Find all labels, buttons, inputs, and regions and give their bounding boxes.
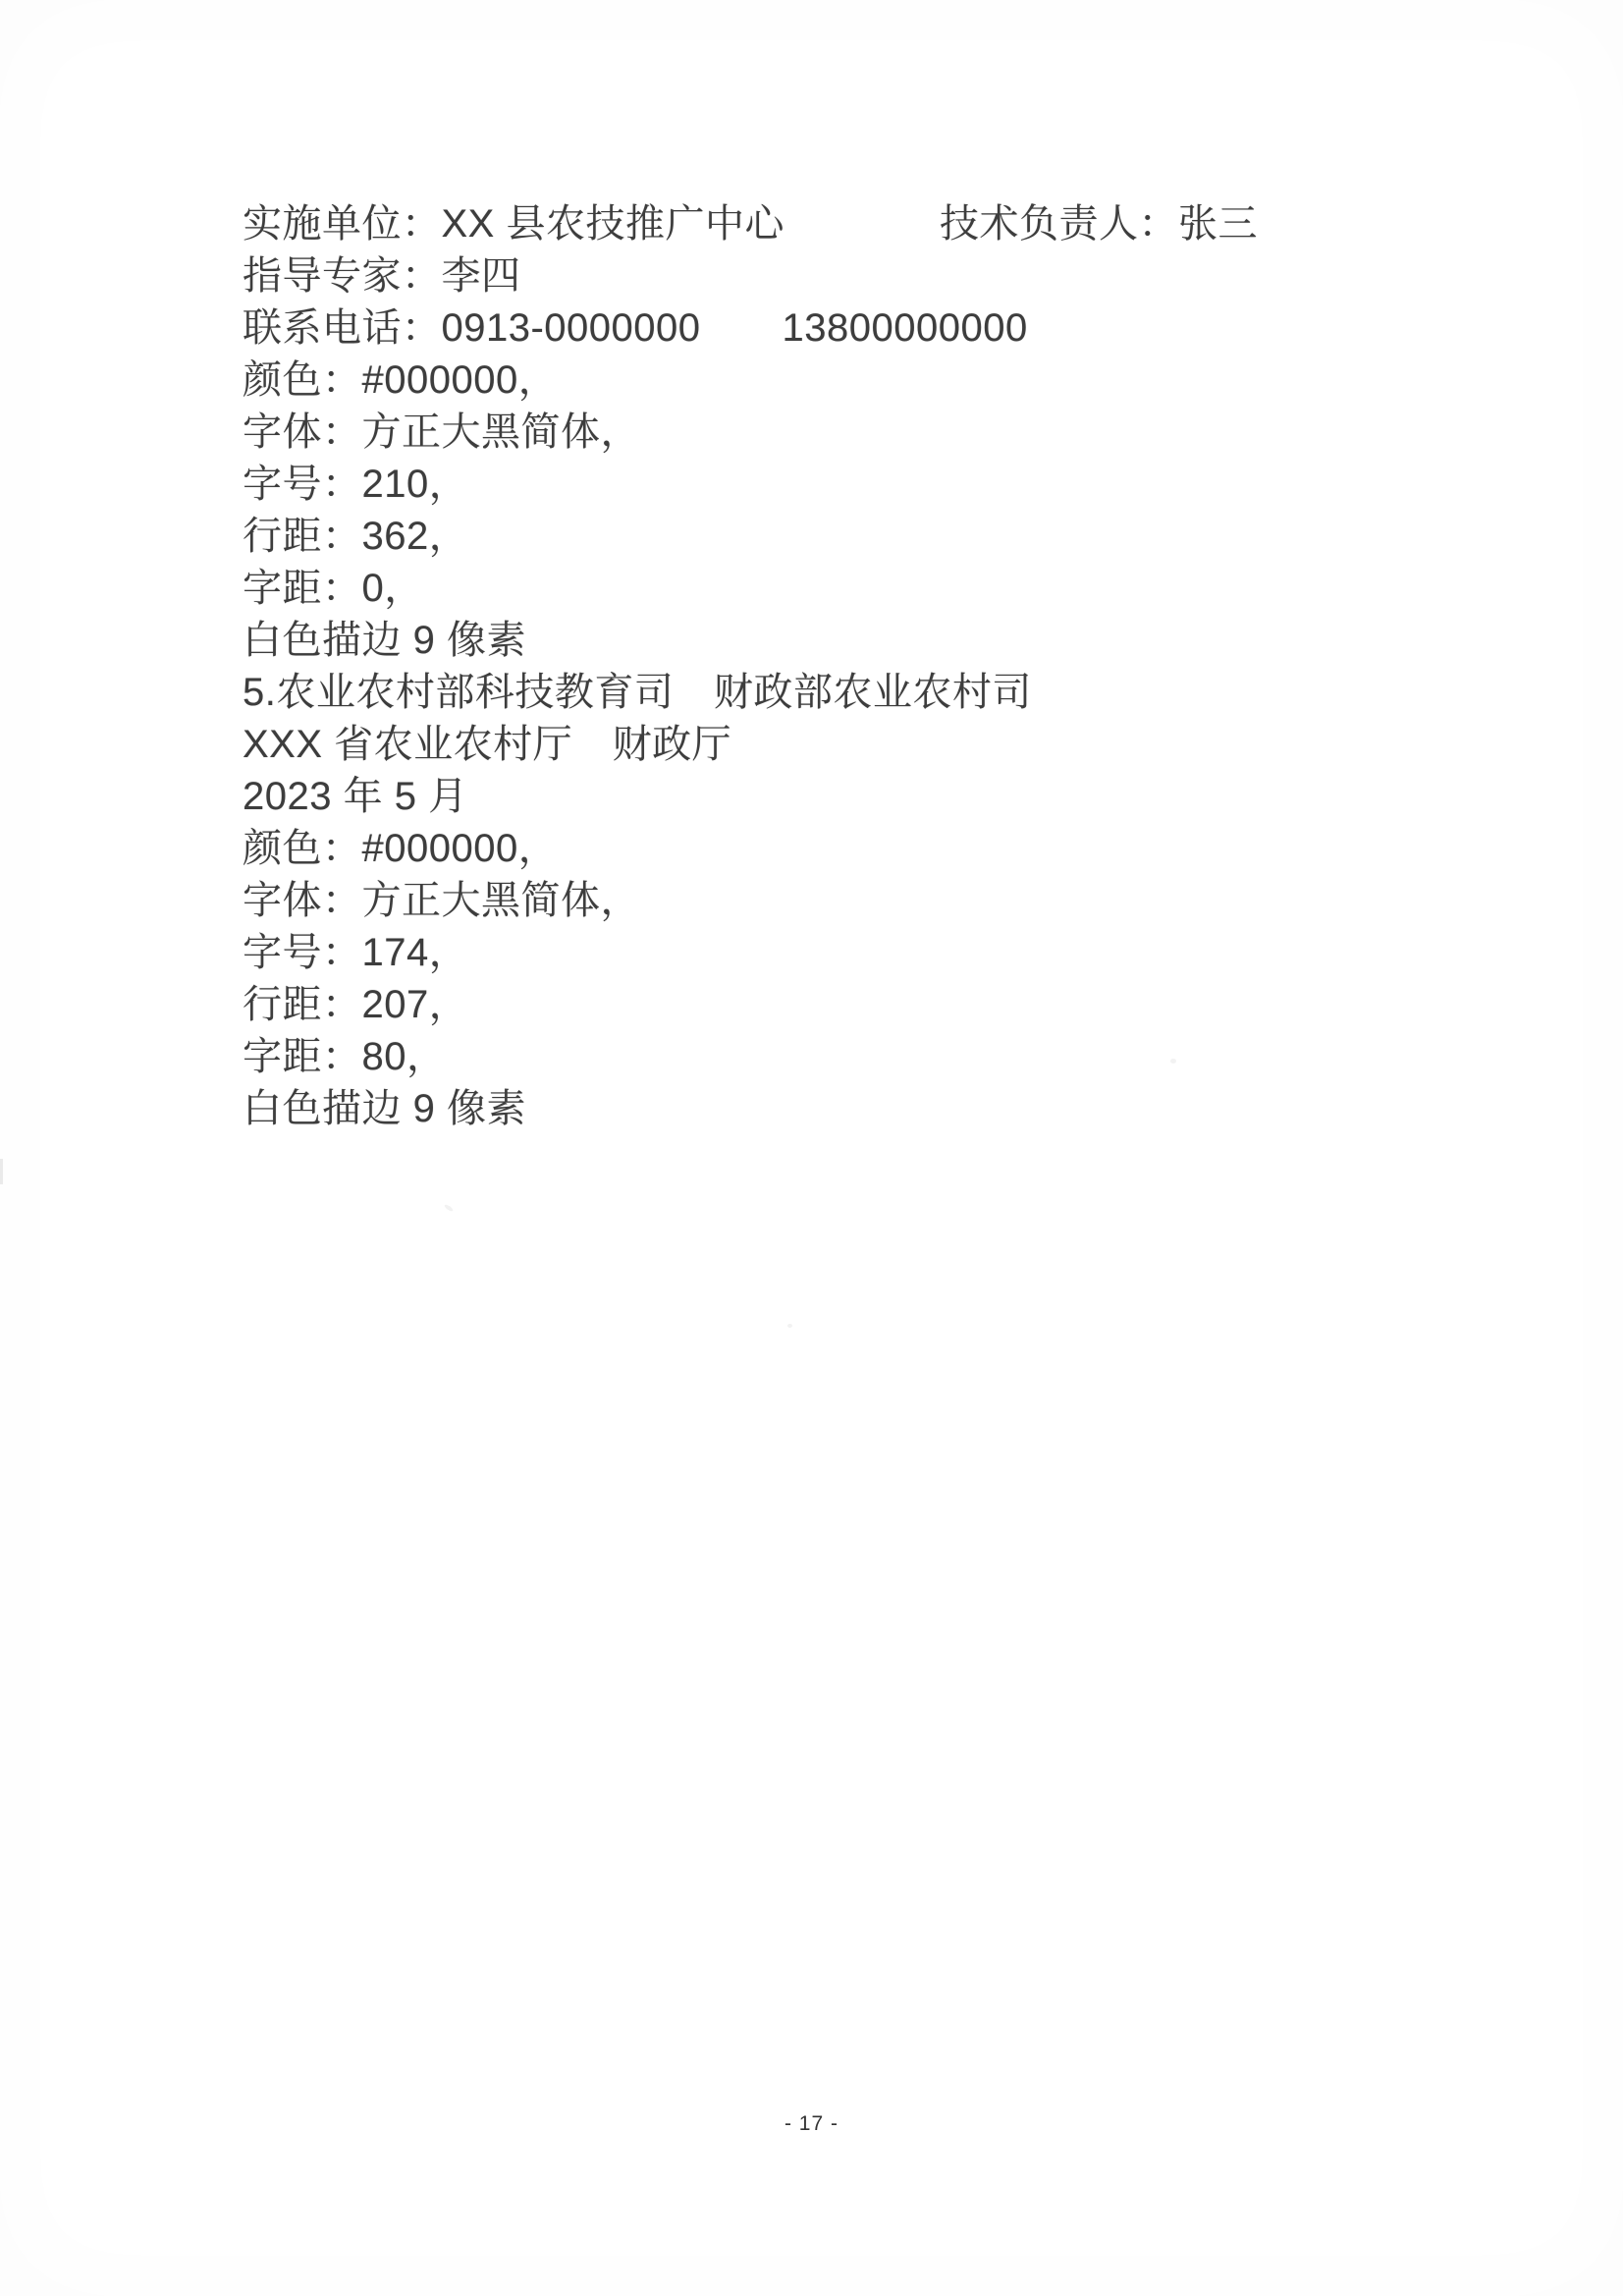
scan-speck (0, 1159, 3, 1184)
line-stroke-spec-1: 白色描边 9 像素 (243, 615, 1480, 667)
font-size-spec-1-text: 字号：210， (243, 459, 468, 511)
line-phone: 联系电话：0913-000000013800000000 (243, 302, 1480, 355)
line-leading-spec-1: 行距：362， (243, 511, 1480, 563)
line-tracking-spec-1: 字距：0， (243, 563, 1480, 615)
line-font-size-spec-2: 字号：174， (243, 927, 1480, 979)
scan-speck (787, 1324, 792, 1328)
date-text: 2023 年 5 月 (243, 771, 468, 823)
phone-mobile-text: 13800000000 (783, 302, 1028, 355)
line-date: 2023 年 5 月 (243, 771, 1480, 823)
scan-speck (1170, 1059, 1176, 1064)
line-color-spec-2: 颜色：#000000， (243, 823, 1480, 875)
document-page: 实施单位：XX 县农技推广中心技术负责人：张三 指导专家：李四 联系电话：091… (0, 0, 1623, 2296)
stroke-spec-1-text: 白色描边 9 像素 (243, 615, 526, 667)
ministry-departments-text: 5.农业农村部科技教育司 财政部农业农村司 (243, 667, 1032, 719)
line-province-departments: XXX 省农业农村厅 财政厅 (243, 719, 1480, 771)
stroke-spec-2-text: 白色描边 9 像素 (243, 1083, 526, 1135)
province-departments-text: XXX 省农业农村厅 财政厅 (243, 719, 731, 771)
tracking-spec-2-text: 字距：80， (243, 1031, 447, 1083)
technical-lead-text: 技术负责人：张三 (940, 198, 1258, 250)
page-number: - 17 - (0, 2111, 1623, 2137)
leading-spec-2-text: 行距：207， (243, 979, 468, 1031)
font-size-spec-2-text: 字号：174， (243, 927, 468, 979)
line-font-spec-2: 字体：方正大黑简体， (243, 875, 1480, 927)
text-block: 实施单位：XX 县农技推广中心技术负责人：张三 指导专家：李四 联系电话：091… (243, 198, 1480, 1135)
line-advisor: 指导专家：李四 (243, 250, 1480, 302)
implementing-unit-text: 实施单位：XX 县农技推广中心 (243, 198, 784, 250)
line-font-size-spec-1: 字号：210， (243, 459, 1480, 511)
line-color-spec-1: 颜色：#000000， (243, 355, 1480, 407)
line-leading-spec-2: 行距：207， (243, 979, 1480, 1031)
line-ministry-departments: 5.农业农村部科技教育司 财政部农业农村司 (243, 667, 1480, 719)
tracking-spec-1-text: 字距：0， (243, 563, 424, 615)
line-tracking-spec-2: 字距：80， (243, 1031, 1480, 1083)
font-spec-1-text: 字体：方正大黑简体， (243, 407, 640, 459)
font-spec-2-text: 字体：方正大黑简体， (243, 875, 640, 927)
scan-speck (444, 1203, 454, 1212)
line-stroke-spec-2: 白色描边 9 像素 (243, 1083, 1480, 1135)
phone-landline-text: 联系电话：0913-0000000 (243, 302, 701, 355)
color-spec-1-text: 颜色：#000000， (243, 355, 558, 407)
line-implementing-unit: 实施单位：XX 县农技推广中心技术负责人：张三 (243, 198, 1480, 250)
line-font-spec-1: 字体：方正大黑简体， (243, 407, 1480, 459)
leading-spec-1-text: 行距：362， (243, 511, 468, 563)
color-spec-2-text: 颜色：#000000， (243, 823, 558, 875)
advisor-text: 指导专家：李四 (243, 250, 521, 302)
